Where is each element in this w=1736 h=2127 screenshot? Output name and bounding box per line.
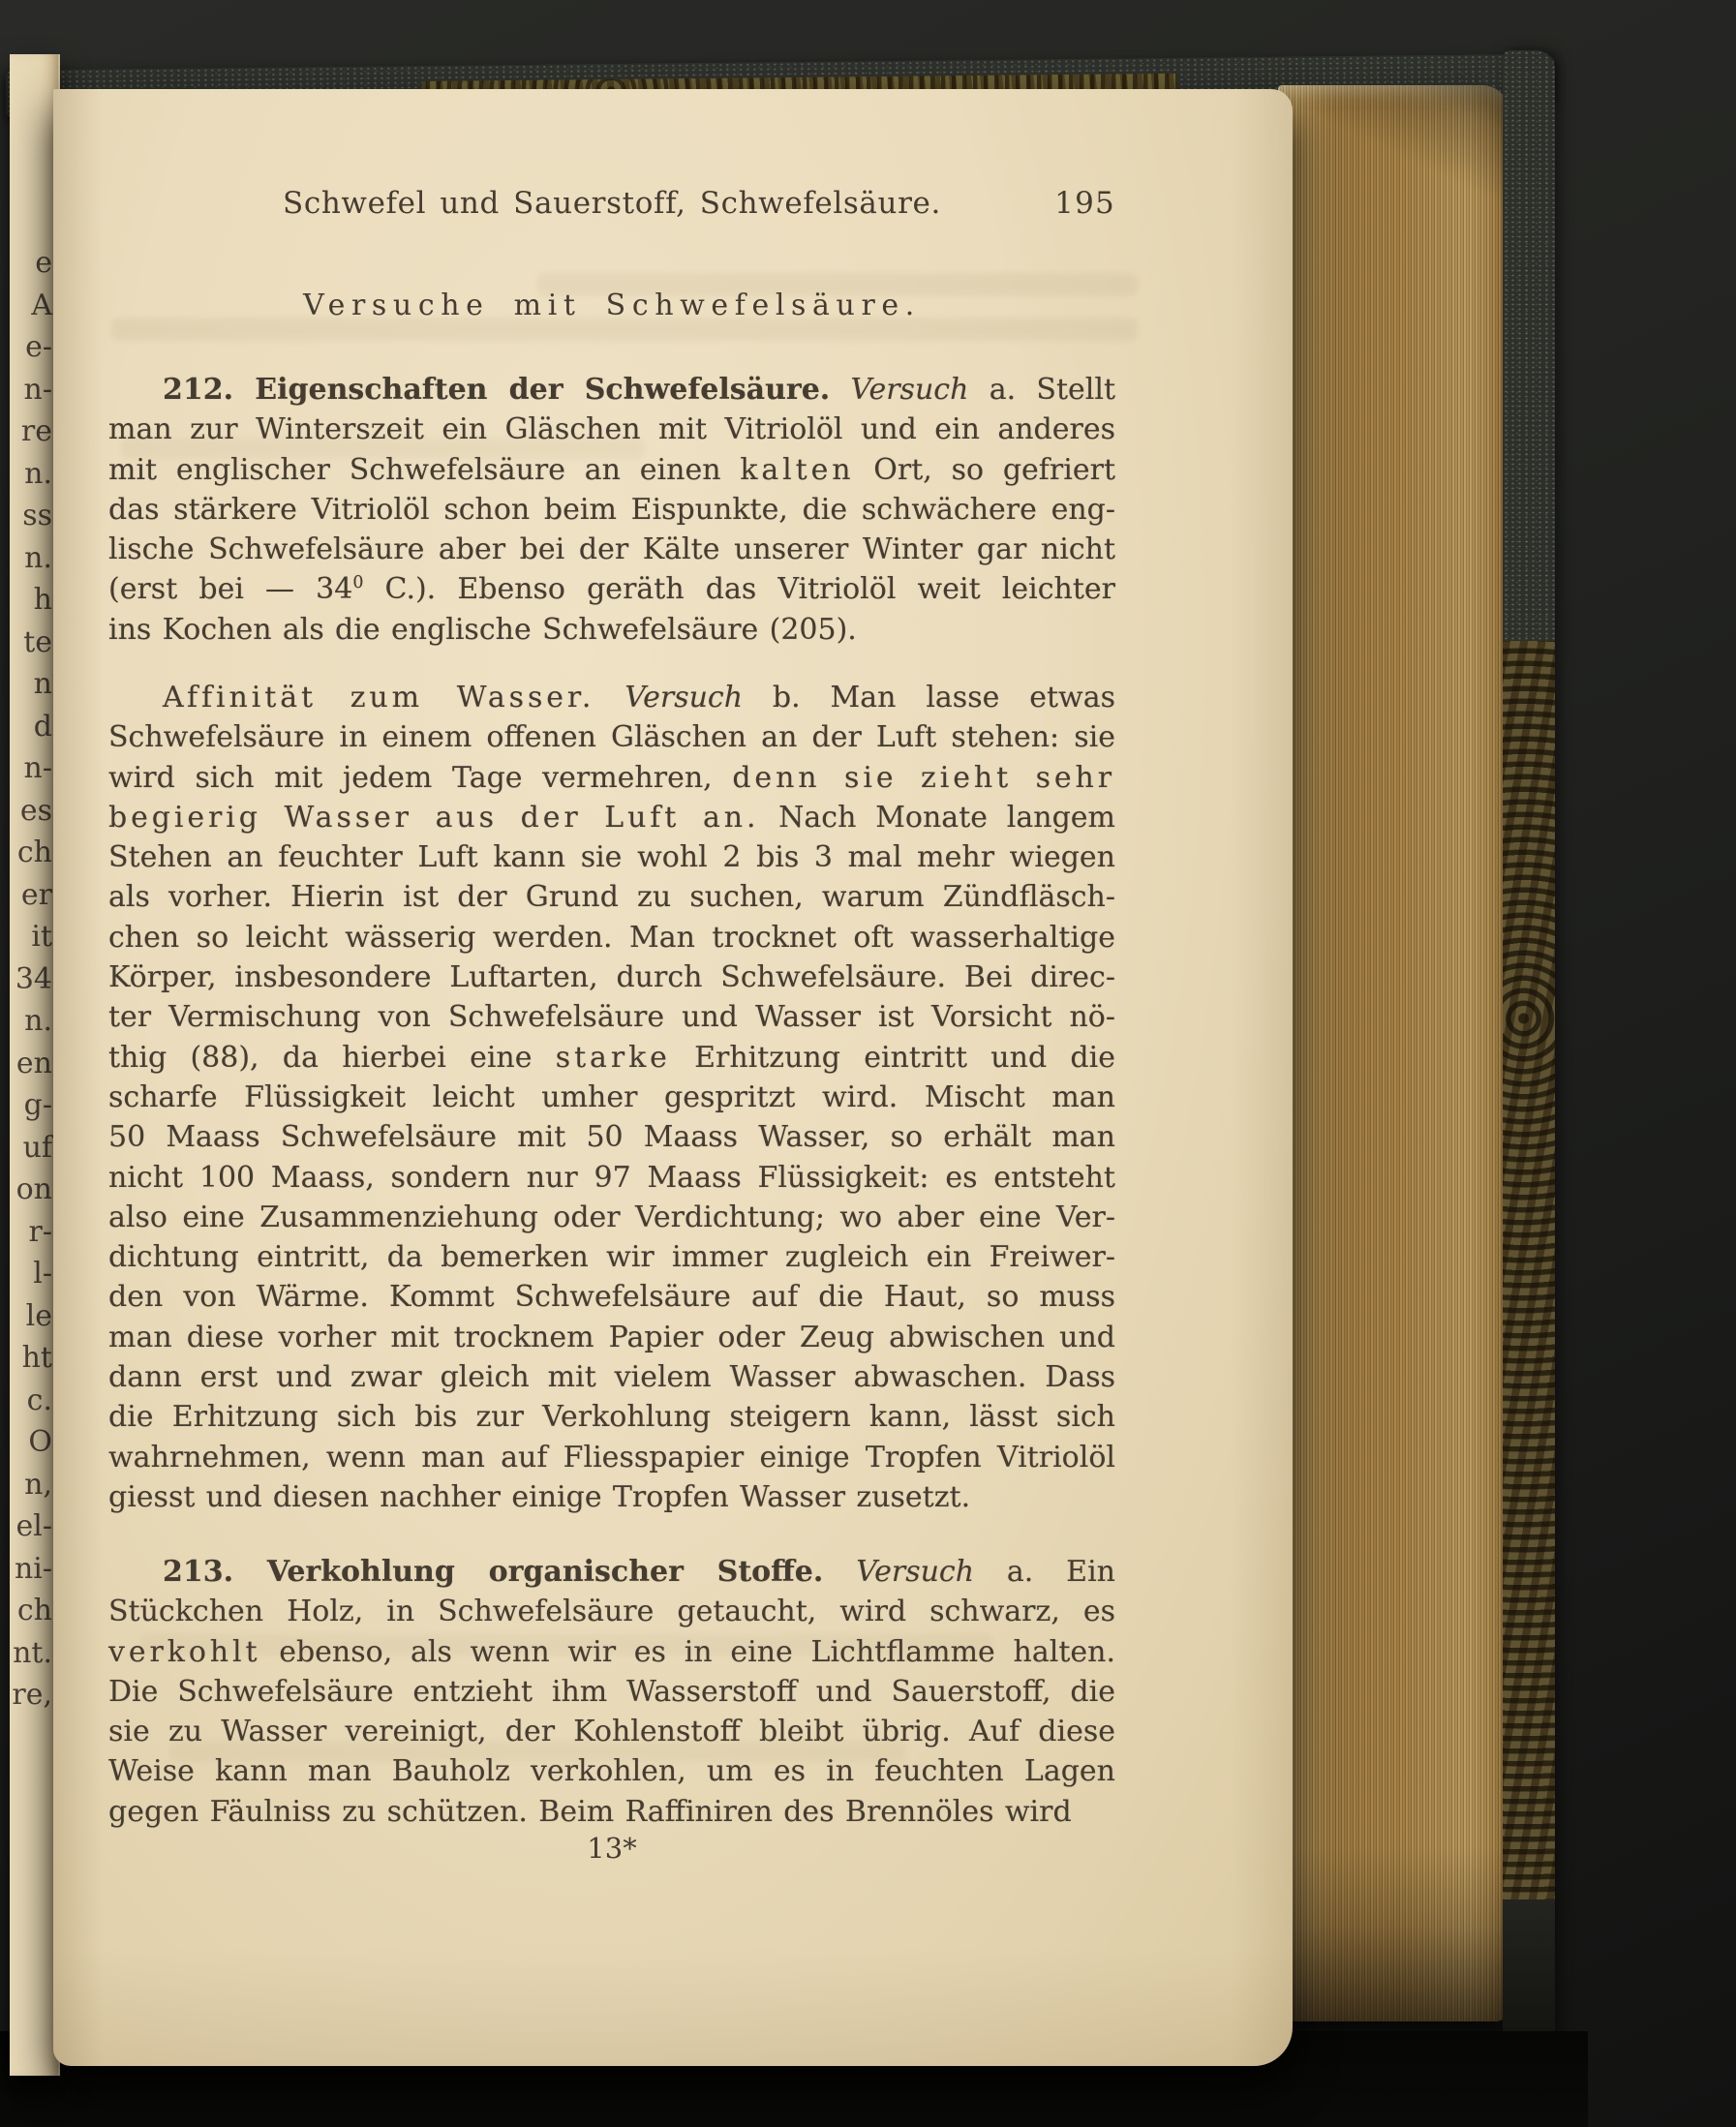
section-heading: Versuche mit Schwefelsäure. <box>108 289 1115 322</box>
text-segment: Ort, so gefriert <box>855 453 1115 487</box>
text-segment: mit englischer Schwefelsäure an einen <box>108 453 740 487</box>
text-line: sie zu Wasser vereinigt, der Kohlenstoff… <box>108 1712 1115 1751</box>
text-segment <box>830 373 850 407</box>
bold-text: 212. Eigenschaften der Schwefelsäure. <box>163 373 830 407</box>
spaced-text: Affinität zum Wasser. <box>163 681 594 714</box>
text-segment: die Erhitzung sich bis zur Verkohlung st… <box>108 1400 1115 1434</box>
cover-cloth-texture <box>1503 50 1555 641</box>
book-cover-right-board <box>1503 50 1555 2051</box>
paragraph-213: 213. Verkohlung organischer Stoffe. Vers… <box>108 1552 1115 1832</box>
facing-page-fragment: e- <box>25 331 52 364</box>
facing-page-fragment: n, <box>24 1469 52 1502</box>
text-line: 213. Verkohlung organischer Stoffe. Vers… <box>108 1552 1115 1592</box>
text-segment: Schwefelsäure in einem offenen Gläschen … <box>108 720 1115 754</box>
text-line: man zur Winterszeit ein Gläschen mit Vit… <box>108 410 1115 449</box>
text-segment: a. Stellt <box>968 373 1115 407</box>
facing-page-fragment: n. <box>24 1005 52 1038</box>
text-segment: dichtung eintritt, da bemerken wir immer… <box>108 1240 1115 1274</box>
text-segment <box>594 681 624 714</box>
facing-page-fragment: uf <box>23 1132 52 1165</box>
facing-page-fragment: d <box>34 711 52 744</box>
text-segment: scharfe Flüssigkeit leicht umher gesprit… <box>108 1080 1115 1114</box>
text-line: Stückchen Holz, in Schwefelsäure getauch… <box>108 1592 1115 1631</box>
text-line: man diese vorher mit trocknem Papier ode… <box>108 1318 1115 1357</box>
spaced-text: starke <box>556 1041 671 1075</box>
paragraph-affinitaet: Affinität zum Wasser. Versuch b. Man las… <box>108 678 1115 1517</box>
text-segment: giesst und diesen nachher einige Tropfen… <box>108 1480 970 1514</box>
text-line: thig (88), da hierbei eine starke Erhitz… <box>108 1038 1115 1078</box>
text-segment: Stückchen Holz, in Schwefelsäure getauch… <box>108 1595 1115 1628</box>
facing-page-fragment: ni- <box>15 1553 52 1586</box>
spaced-text: begierig Wasser aus der Luft an. <box>108 801 759 835</box>
text-segment: thig (88), da hierbei eine <box>108 1041 556 1075</box>
facing-page-fragment: h <box>34 584 52 617</box>
facing-page-fragment: n. <box>24 458 52 491</box>
text-segment: wahrnehmen, wenn man auf Fliesspapier ei… <box>108 1441 1115 1474</box>
text-line: begierig Wasser aus der Luft an. Nach Mo… <box>108 798 1115 837</box>
facing-page-fragment: en <box>16 1048 52 1080</box>
text-line: Weise kann man Bauholz verkohlen, um es … <box>108 1751 1115 1791</box>
text-segment: Nach Monate langem <box>759 801 1115 835</box>
text-segment: a. Ein <box>974 1555 1115 1589</box>
facing-page-fragment: n. <box>24 542 52 575</box>
text-segment: dann erst und zwar gleich mit vielem Was… <box>108 1360 1115 1394</box>
facing-page-fragment: re, <box>12 1679 52 1712</box>
text-segment <box>823 1555 856 1589</box>
text-line: die Erhitzung sich bis zur Verkohlung st… <box>108 1397 1115 1437</box>
text-segment: man diese vorher mit trocknem Papier ode… <box>108 1321 1115 1354</box>
text-line: scharfe Flüssigkeit leicht umher gesprit… <box>108 1078 1115 1117</box>
text-segment: Erhitzung eintritt und die <box>671 1041 1115 1075</box>
text-line: dann erst und zwar gleich mit vielem Was… <box>108 1357 1115 1397</box>
spaced-text: denn sie zieht sehr <box>732 761 1115 795</box>
text-line: mit englischer Schwefelsäure an einen ka… <box>108 450 1115 490</box>
facing-page-fragment: ht <box>22 1342 52 1375</box>
cover-marbled-texture <box>1503 641 1555 1899</box>
text-line: dichtung eintritt, da bemerken wir immer… <box>108 1237 1115 1277</box>
text-segment: als vorher. Hierin ist der Grund zu such… <box>108 880 1115 914</box>
text-segment: C.). Ebenso geräth das Vitriolöl weit le… <box>363 572 1115 606</box>
facing-page-fragment: on <box>16 1173 52 1206</box>
facing-page-fragment: n- <box>24 752 52 785</box>
text-line: giesst und diesen nachher einige Tropfen… <box>108 1477 1115 1517</box>
facing-page-fragment: r- <box>29 1216 52 1249</box>
book-fore-edge-pages <box>1278 85 1510 2021</box>
facing-page-fragment: n <box>34 668 52 701</box>
text-segment: Die Schwefelsäure entzieht ihm Wassersto… <box>108 1675 1115 1709</box>
italic-text: Versuch <box>851 373 969 407</box>
text-line: ins Kochen als die englische Schwefelsäu… <box>108 610 1115 650</box>
text-segment: b. Man lasse etwas <box>743 681 1115 714</box>
facing-page-fragment: es <box>20 795 52 828</box>
italic-text: Versuch <box>856 1555 974 1589</box>
facing-page-fragment: 34 <box>15 963 52 996</box>
text-line: wird sich mit jedem Tage vermehren, denn… <box>108 758 1115 798</box>
text-line: chen so leicht wässerig werden. Man troc… <box>108 918 1115 957</box>
text-segment: ter Vermischung von Schwefelsäure und Wa… <box>108 1000 1115 1034</box>
text-segment: das stärkere Vitriolöl schon beim Eispun… <box>108 493 1115 527</box>
text-line: (erst bei — 340 C.). Ebenso geräth das V… <box>108 569 1115 609</box>
text-line: das stärkere Vitriolöl schon beim Eispun… <box>108 490 1115 530</box>
facing-page-fragment: O <box>28 1426 52 1459</box>
facing-page-fragment: te <box>23 626 52 659</box>
text-segment: nicht 100 Maass, sondern nur 97 Maass Fl… <box>108 1161 1115 1195</box>
scanned-book-photo: { "book": { "header": { "running_title":… <box>0 0 1736 2127</box>
text-segment: 50 Maass Schwefelsäure mit 50 Maass Wass… <box>108 1120 1115 1154</box>
text-segment: ebenso, als wenn wir es in eine Lichtfla… <box>260 1635 1115 1669</box>
facing-page-fragment: er <box>21 879 52 912</box>
text-line: 212. Eigenschaften der Schwefelsäure. Ve… <box>108 370 1115 410</box>
text-line: also eine Zusammenziehung oder Verdichtu… <box>108 1198 1115 1237</box>
text-column: Schwefel und Sauerstoff, Schwefelsäure. … <box>108 89 1115 2066</box>
page-header: Schwefel und Sauerstoff, Schwefelsäure. … <box>108 186 1115 228</box>
text-segment: wird sich mit jedem Tage vermehren, <box>108 761 732 795</box>
text-segment: ins Kochen als die englische Schwefelsäu… <box>108 613 857 647</box>
text-line: wahrnehmen, wenn man auf Fliesspapier ei… <box>108 1438 1115 1477</box>
text-line: verkohlt ebenso, als wenn wir es in eine… <box>108 1632 1115 1672</box>
text-line: Die Schwefelsäure entzieht ihm Wassersto… <box>108 1672 1115 1712</box>
facing-page-fragment: n- <box>24 374 52 407</box>
text-segment: gegen Fäulniss zu schützen. Beim Raffini… <box>108 1795 1072 1829</box>
page-number: 195 <box>1054 186 1115 221</box>
text-line: nicht 100 Maass, sondern nur 97 Maass Fl… <box>108 1158 1115 1198</box>
text-segment: Körper, insbesondere Luftarten, durch Sc… <box>108 960 1115 994</box>
running-title: Schwefel und Sauerstoff, Schwefelsäure. <box>108 186 1115 221</box>
text-segment: sie zu Wasser vereinigt, der Kohlenstoff… <box>108 1715 1115 1748</box>
facing-page-fragment: ch <box>17 836 52 869</box>
facing-page-fragment: e <box>35 247 52 280</box>
signature-mark: 13* <box>108 1832 1115 1865</box>
text-segment: also eine Zusammenziehung oder Verdichtu… <box>108 1200 1115 1234</box>
spaced-text: verkohlt <box>108 1635 260 1669</box>
book-page: Schwefel und Sauerstoff, Schwefelsäure. … <box>53 89 1293 2066</box>
text-segment: Weise kann man Bauholz verkohlen, um es … <box>108 1754 1115 1788</box>
text-segment: (erst bei — 34 <box>108 572 352 606</box>
text-segment: lische Schwefelsäure aber bei der Kälte … <box>108 532 1115 566</box>
spaced-text: kalten <box>740 453 854 487</box>
text-line: ter Vermischung von Schwefelsäure und Wa… <box>108 997 1115 1037</box>
text-segment: Stehen an feuchter Luft kann sie wohl 2 … <box>108 840 1115 874</box>
text-line: Schwefelsäure in einem offenen Gläschen … <box>108 717 1115 757</box>
text-line: den von Wärme. Kommt Schwefelsäure auf d… <box>108 1277 1115 1317</box>
text-line: lische Schwefelsäure aber bei der Kälte … <box>108 530 1115 569</box>
facing-page-fragment: el- <box>16 1510 53 1543</box>
facing-page-fragment: ch <box>17 1595 52 1627</box>
text-segment: man zur Winterszeit ein Gläschen mit Vit… <box>108 412 1115 446</box>
facing-page-fragment: l- <box>33 1258 52 1291</box>
facing-page-fragment: le <box>26 1300 52 1333</box>
text-line: Stehen an feuchter Luft kann sie wohl 2 … <box>108 837 1115 877</box>
facing-page-fragment: g- <box>24 1089 52 1122</box>
italic-text: Versuch <box>624 681 743 714</box>
facing-page-fragment: re <box>21 415 52 448</box>
bold-text: 213. Verkohlung organischer Stoffe. <box>163 1555 823 1589</box>
text-segment: chen so leicht wässerig werden. Man troc… <box>108 921 1115 955</box>
paragraph-212: 212. Eigenschaften der Schwefelsäure. Ve… <box>108 370 1115 650</box>
text-line: als vorher. Hierin ist der Grund zu such… <box>108 877 1115 917</box>
text-line: Affinität zum Wasser. Versuch b. Man las… <box>108 678 1115 717</box>
text-line: gegen Fäulniss zu schützen. Beim Raffini… <box>108 1792 1115 1832</box>
superscript-text: 0 <box>352 573 363 593</box>
text-line: Körper, insbesondere Luftarten, durch Sc… <box>108 957 1115 997</box>
facing-page-fragment: ss <box>22 500 52 532</box>
cover-shadow <box>1503 1899 1555 2051</box>
facing-page-fragment: nt. <box>13 1637 52 1670</box>
facing-page-fragment: c. <box>27 1384 52 1417</box>
facing-page-fragment: A <box>31 289 52 322</box>
text-line: 50 Maass Schwefelsäure mit 50 Maass Wass… <box>108 1117 1115 1157</box>
facing-page-fragment: it <box>31 921 52 954</box>
text-segment: den von Wärme. Kommt Schwefelsäure auf d… <box>108 1280 1115 1314</box>
